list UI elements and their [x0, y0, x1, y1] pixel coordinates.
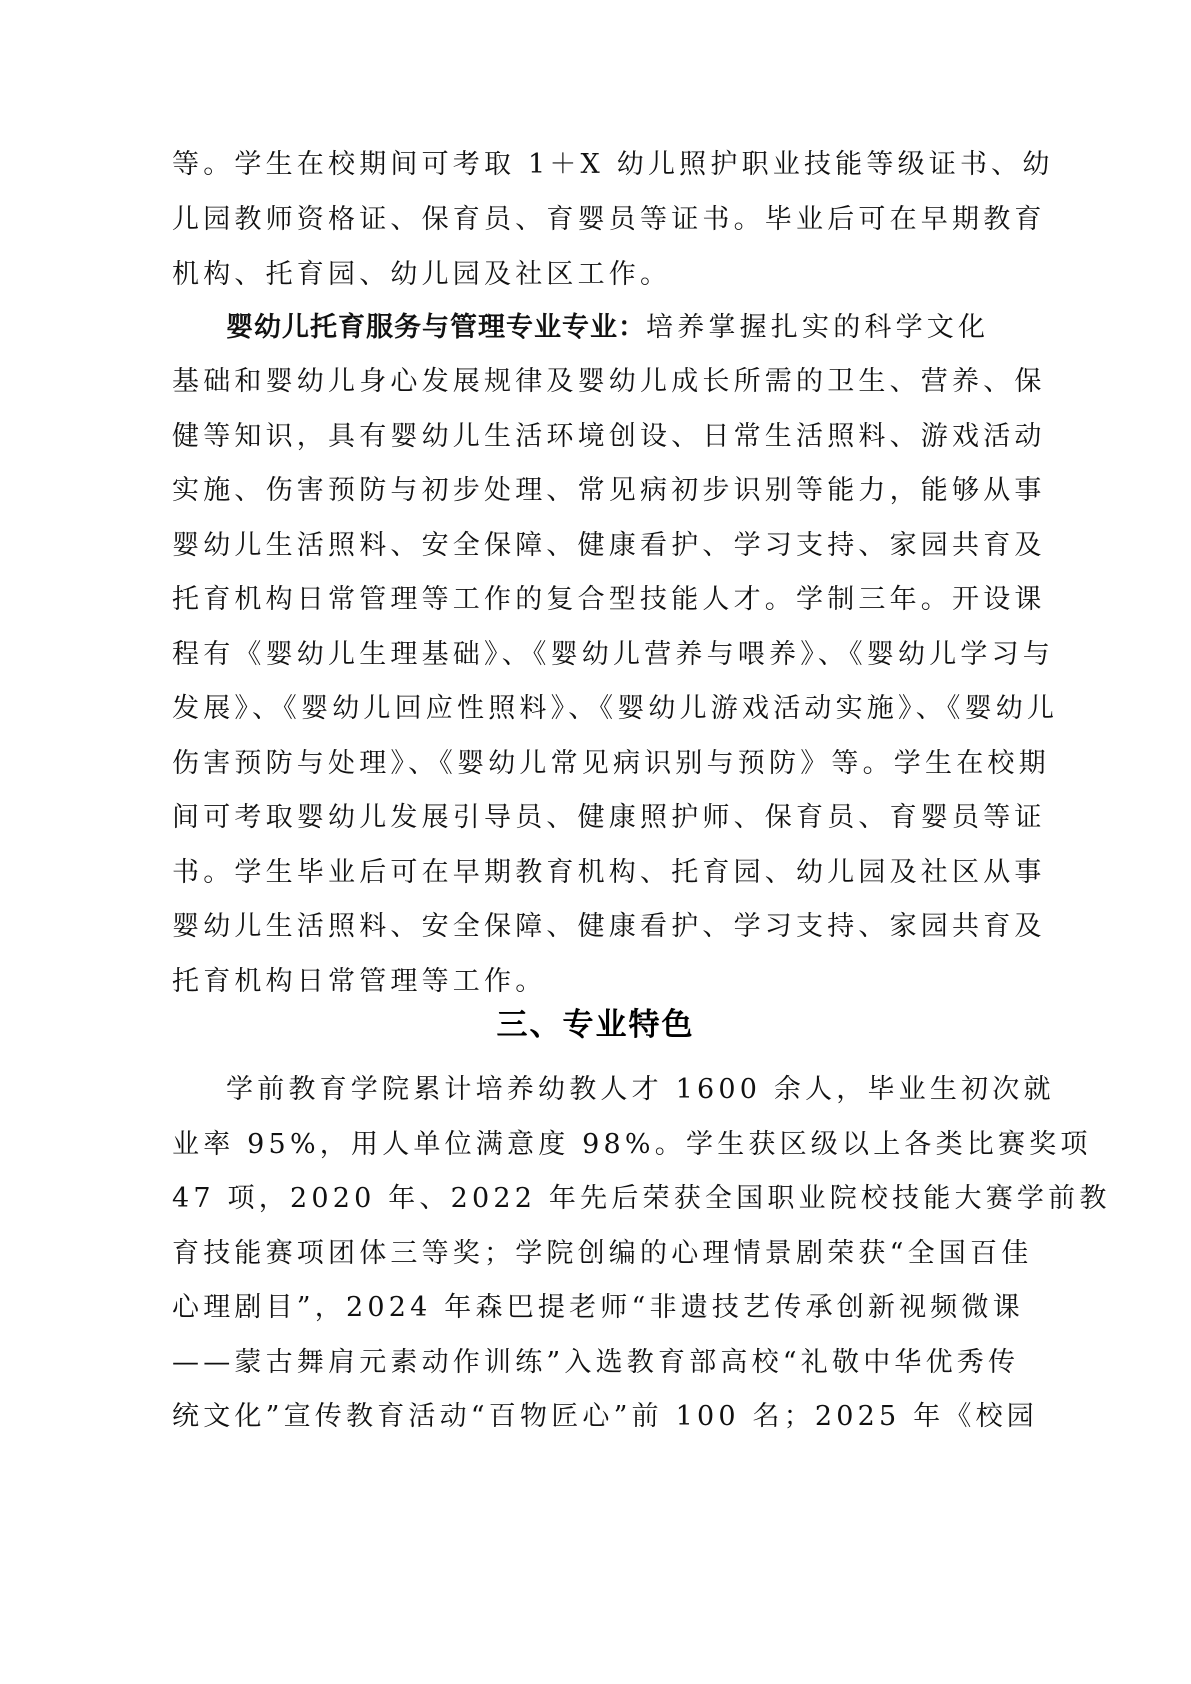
- text-line: 托育机构日常管理等工作的复合型技能人才。学制三年。开设课: [172, 580, 942, 620]
- text-line: 程有《婴幼儿生理基础》、《婴幼儿营养与喂养》、《婴幼儿学习与: [172, 635, 942, 675]
- text-line: 育技能赛项团体三等奖；学院创编的心理情景剧荣获“全国百佳: [172, 1234, 942, 1274]
- text-line: 47 项，2020 年、2022 年先后荣获全国职业院校技能大赛学前教: [172, 1179, 942, 1219]
- paragraph-first-line: 学前教育学院累计培养幼教人才 1600 余人，毕业生初次就: [226, 1070, 942, 1110]
- text-line: 心理剧目”，2024 年森巴提老师“非遗技艺传承创新视频微课: [172, 1288, 942, 1328]
- text-line: 等。学生在校期间可考取 1＋X 幼儿照护职业技能等级证书、幼: [172, 145, 942, 185]
- text-line: 婴幼儿生活照料、安全保障、健康看护、学习支持、家园共育及: [172, 526, 942, 566]
- text-line: 健等知识，具有婴幼儿生活环境创设、日常生活照料、游戏活动: [172, 417, 942, 457]
- text-line: 间可考取婴幼儿发展引导员、健康照护师、保育员、育婴员等证: [172, 798, 942, 838]
- section-heading: 三、专业特色: [0, 1003, 1191, 1047]
- text-line: 基础和婴幼儿身心发展规律及婴幼儿成长所需的卫生、营养、保: [172, 362, 942, 402]
- text-line: 发展》、《婴幼儿回应性照料》、《婴幼儿游戏活动实施》、《婴幼儿: [172, 689, 942, 729]
- text-line: ——蒙古舞肩元素动作训练”入选教育部高校“礼敬中华优秀传: [172, 1343, 942, 1383]
- text-line: 托育机构日常管理等工作。: [172, 962, 942, 1002]
- document-page: 等。学生在校期间可考取 1＋X 幼儿照护职业技能等级证书、幼 儿园教师资格证、保…: [0, 0, 1191, 1684]
- text-line: 机构、托育园、幼儿园及社区工作。: [172, 255, 942, 295]
- text-line: 伤害预防与处理》、《婴幼儿常见病识别与预防》等。学生在校期: [172, 744, 942, 784]
- text-line: 业率 95%，用人单位满意度 98%。学生获区级以上各类比赛奖项: [172, 1125, 942, 1165]
- major-intro-text: 培养掌握扎实的科学文化: [646, 312, 989, 343]
- paragraph-first-line: 婴幼儿托育服务与管理专业专业：培养掌握扎实的科学文化: [226, 308, 942, 348]
- text-line: 统文化”宣传教育活动“百物匠心”前 100 名；2025 年《校园: [172, 1397, 942, 1437]
- text-line: 书。学生毕业后可在早期教育机构、托育园、幼儿园及社区从事: [172, 853, 942, 893]
- major-title: 婴幼儿托育服务与管理专业专业：: [226, 312, 646, 343]
- text-line: 儿园教师资格证、保育员、育婴员等证书。毕业后可在早期教育: [172, 200, 942, 240]
- text-line: 婴幼儿生活照料、安全保障、健康看护、学习支持、家园共育及: [172, 907, 942, 947]
- text-line: 实施、伤害预防与初步处理、常见病初步识别等能力，能够从事: [172, 471, 942, 511]
